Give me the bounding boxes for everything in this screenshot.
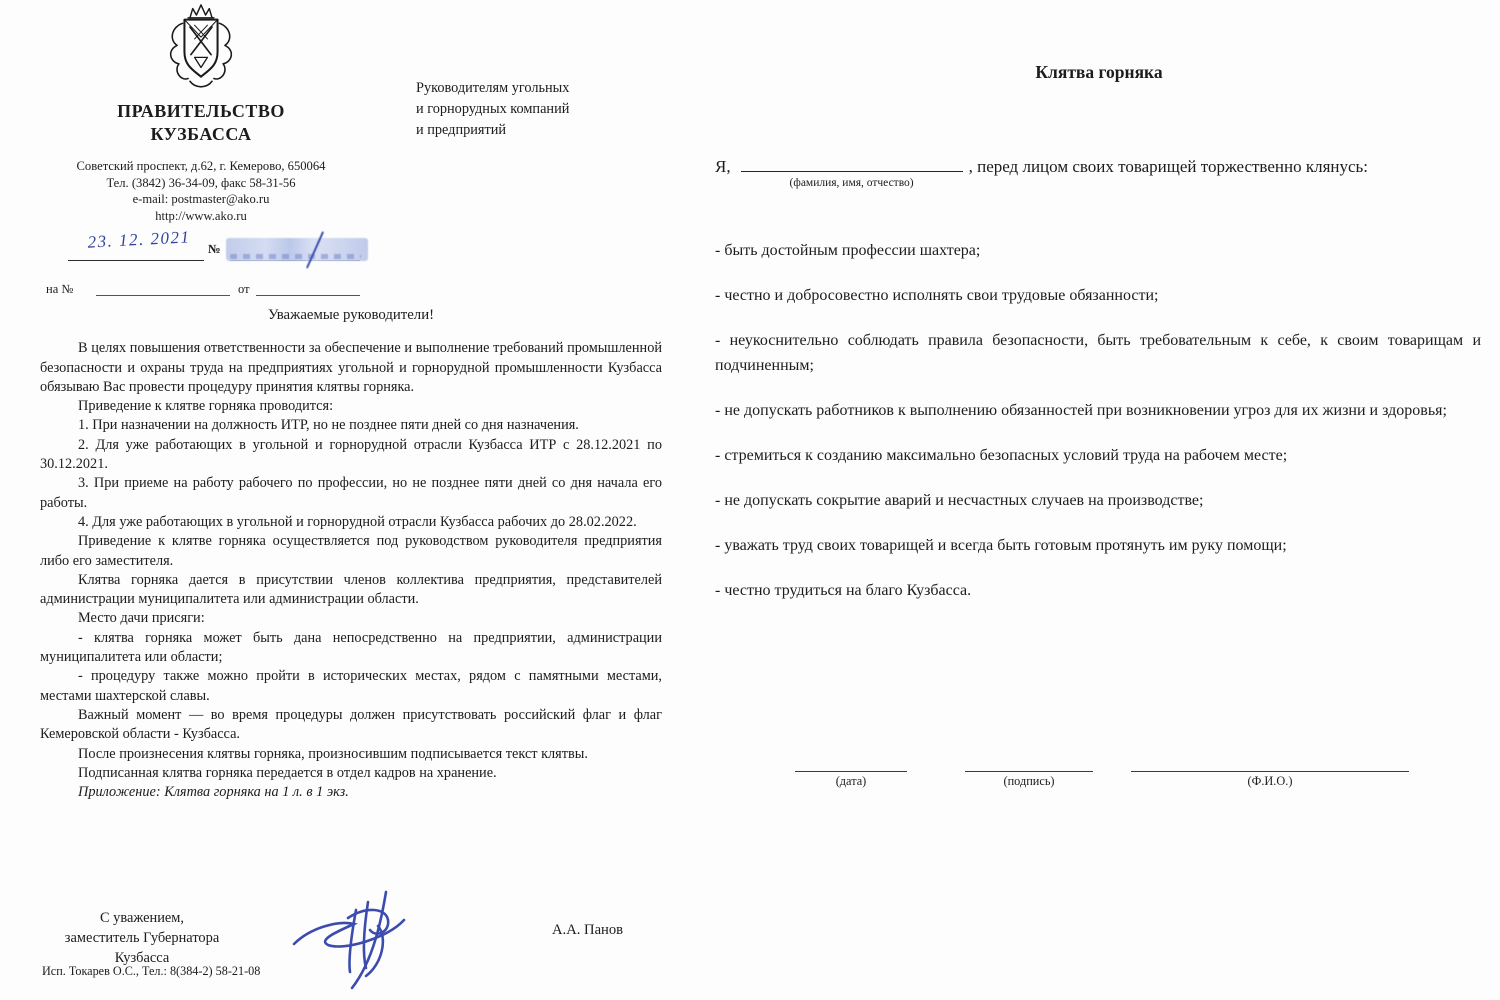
oath-item: - неукоснительно соблюдать правила безоп… [715, 328, 1481, 378]
letter-page: ПРАВИТЕЛЬСТВО КУЗБАССА Советский проспек… [40, 0, 662, 1000]
salutation: Уважаемые руководители! [40, 306, 662, 325]
na-no-label: на № [46, 282, 73, 297]
fio-field-label: (Ф.И.О.) [1131, 774, 1409, 789]
letter-body: Уважаемые руководители! В целях повышени… [40, 306, 662, 802]
na-no-underline [96, 295, 230, 296]
number-label: № [208, 242, 221, 257]
oath-item: - быть достойным профессии шахтера; [715, 238, 1481, 263]
closing-line: заместитель Губернатора Кузбасса [42, 928, 242, 968]
addressee-line: и горнорудных компаний [416, 99, 656, 120]
org-name-line2: КУЗБАССА [46, 123, 356, 146]
attachment-note: Приложение: Клятва горняка на 1 л. в 1 э… [40, 783, 662, 802]
name-blank-field: (фамилия, имя, отчество) [741, 155, 963, 172]
letter-paragraph: - процедуру также можно пройти в историч… [40, 667, 662, 706]
name-hint: (фамилия, имя, отчество) [741, 177, 963, 189]
address-line: e-mail: postmaster@ako.ru [46, 191, 356, 208]
org-address: Советский проспект, д.62, г. Кемерово, 6… [46, 158, 356, 224]
letter-paragraph: После произнесения клятвы горняка, произ… [40, 745, 662, 764]
kuzbass-coat-of-arms-icon [154, 4, 248, 96]
fio-field-line [1131, 756, 1409, 772]
signature-ink-icon [288, 880, 436, 996]
oath-items: - быть достойным профессии шахтера; - че… [715, 238, 1481, 603]
letter-paragraph: Место дачи присяги: [40, 609, 662, 628]
letter-paragraph: Клятва горняка дается в присутствии член… [40, 571, 662, 610]
address-line: Тел. (3842) 36-34-09, факс 58-31-56 [46, 175, 356, 192]
ot-label: от [238, 282, 250, 297]
executor-line: Исп. Токарев О.С., Тел.: 8(384-2) 58-21-… [42, 964, 260, 979]
letterhead: ПРАВИТЕЛЬСТВО КУЗБАССА Советский проспек… [46, 4, 356, 224]
letter-paragraph: 2. Для уже работающих в угольной и горно… [40, 436, 662, 475]
date-number-row: 23. 12. 2021 № [40, 224, 380, 276]
letter-paragraph: Подписанная клятва горняка передается в … [40, 764, 662, 783]
oath-item: - уважать труд своих товарищей и всегда … [715, 533, 1481, 558]
ot-underline [256, 295, 360, 296]
letter-paragraph: Приведение к клятве горняка осуществляет… [40, 532, 662, 571]
handwritten-date: 23. 12. 2021 [76, 227, 203, 254]
oath-intro-line: Я,(фамилия, имя, отчество), перед лицом … [715, 155, 1483, 177]
closing-block: С уважением, заместитель Губернатора Куз… [42, 908, 242, 968]
oath-item: - стремиться к созданию максимально безо… [715, 443, 1481, 468]
redacted-number-blob [226, 238, 368, 261]
address-line: http://www.ako.ru [46, 208, 356, 225]
addressee-block: Руководителям угольных и горнорудных ком… [416, 78, 656, 141]
oath-title: Клятва горняка [715, 62, 1483, 83]
signer-name: А.А. Панов [552, 922, 623, 939]
date-field-line [795, 756, 907, 772]
scanned-document: ПРАВИТЕЛЬСТВО КУЗБАССА Советский проспек… [0, 0, 1500, 1000]
date-underline [68, 260, 204, 261]
date-field: (дата) [795, 756, 907, 789]
letter-paragraph: 1. При назначении на должность ИТР, но н… [40, 416, 662, 435]
oath-item: - не допускать работников к выполнению о… [715, 398, 1481, 423]
signature-field: (подпись) [965, 756, 1093, 789]
addressee-line: и предприятий [416, 120, 656, 141]
addressee-line: Руководителям угольных [416, 78, 656, 99]
letter-paragraph: Приведение к клятве горняка проводится: [40, 397, 662, 416]
letter-paragraph: 4. Для уже работающих в угольной и горно… [40, 513, 662, 532]
signature-field-label: (подпись) [965, 774, 1093, 789]
fio-field: (Ф.И.О.) [1131, 756, 1409, 789]
org-name: ПРАВИТЕЛЬСТВО КУЗБАССА [46, 100, 356, 146]
letter-paragraph: В целях повышения ответственности за обе… [40, 339, 662, 397]
org-name-line1: ПРАВИТЕЛЬСТВО [46, 100, 356, 123]
oath-signature-fields: (дата) (подпись) (Ф.И.О.) [715, 756, 1481, 802]
oath-page: Клятва горняка Я,(фамилия, имя, отчество… [715, 0, 1483, 1000]
signature-field-line [965, 756, 1093, 772]
address-line: Советский проспект, д.62, г. Кемерово, 6… [46, 158, 356, 175]
reference-row: на № от [40, 280, 380, 300]
oath-item: - честно и добросовестно исполнять свои … [715, 283, 1481, 308]
letter-paragraph: Важный момент — во время процедуры долже… [40, 706, 662, 745]
oath-intro-prefix: Я, [715, 157, 731, 176]
oath-item: - честно трудиться на благо Кузбасса. [715, 578, 1481, 603]
oath-intro-suffix: , перед лицом своих товарищей торжествен… [969, 157, 1368, 176]
letter-paragraph: - клятва горняка может быть дана непосре… [40, 629, 662, 668]
document-number-line [230, 260, 360, 261]
closing-line: С уважением, [42, 908, 242, 928]
oath-item: - не допускать сокрытие аварий и несчаст… [715, 488, 1481, 513]
letter-paragraph: 3. При приеме на работу рабочего по проф… [40, 474, 662, 513]
date-field-label: (дата) [795, 774, 907, 789]
